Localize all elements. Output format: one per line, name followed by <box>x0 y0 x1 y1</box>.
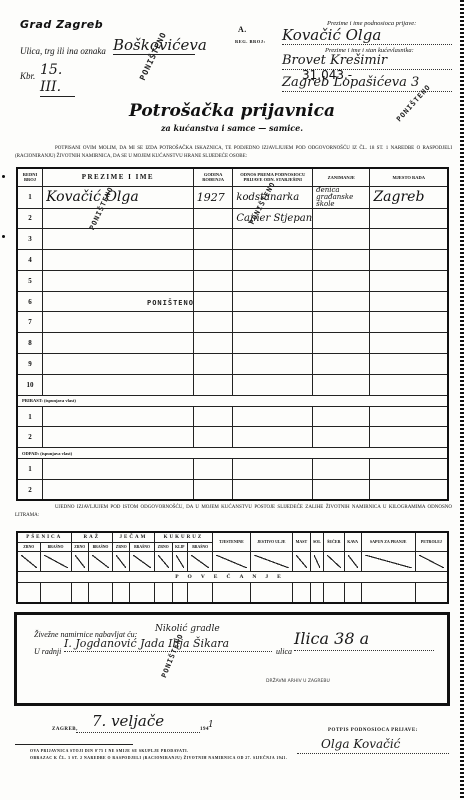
table-row: 3 <box>17 229 448 250</box>
relation-cell[interactable] <box>233 270 313 291</box>
supply-cell[interactable] <box>113 551 130 571</box>
signature-field[interactable]: Olga Kovačić <box>297 736 449 754</box>
supply-cell[interactable] <box>361 551 415 571</box>
row-number: 1 <box>17 186 43 208</box>
name-cell[interactable] <box>43 427 194 448</box>
increase-heading: POVEĆANJE <box>17 571 448 582</box>
owner-name-field[interactable]: Brovet Krešimir <box>282 52 452 70</box>
date-field[interactable]: 7. veljače <box>76 710 200 733</box>
relation-cell[interactable] <box>233 312 313 333</box>
birth-year-cell[interactable] <box>193 354 233 375</box>
row-number: 6 <box>17 291 43 312</box>
supply-cell[interactable] <box>88 551 112 571</box>
footer-regulation-note: OBRAZAC K ČL. 3 ST. 2 NAREDBE O RASPODJE… <box>30 756 287 760</box>
supply-cell[interactable] <box>154 551 172 571</box>
name-cell[interactable] <box>43 208 194 229</box>
increase-cell[interactable] <box>172 582 187 603</box>
birth-year-cell[interactable] <box>193 229 233 250</box>
row-number: 8 <box>17 333 43 354</box>
purchase-shop-box <box>14 612 450 706</box>
row-number: 5 <box>17 270 43 291</box>
workplace-cell[interactable] <box>370 333 448 354</box>
increase-cell[interactable] <box>71 582 88 603</box>
row-number: 1 <box>17 459 43 480</box>
relation-cell[interactable] <box>233 406 313 427</box>
header-lard: MAST <box>292 532 310 551</box>
place-label: ZAGREB, <box>52 727 78 732</box>
table-row: 8 <box>17 333 448 354</box>
birth-year-cell[interactable] <box>193 459 233 480</box>
workplace-cell[interactable] <box>370 406 448 427</box>
increase-cell[interactable] <box>310 582 323 603</box>
supply-cell[interactable] <box>130 551 154 571</box>
increase-cell[interactable] <box>344 582 361 603</box>
table-row: 1 Kovačić Olga 1927 kodstanarka đenica g… <box>17 186 448 208</box>
header-corn-cob: KLIP <box>172 542 187 551</box>
birth-year-cell[interactable] <box>193 291 233 312</box>
street-label: Ulica, trg ili ina oznaka <box>20 46 106 56</box>
relation-cell[interactable] <box>233 480 313 501</box>
workplace-cell[interactable]: Zagreb <box>370 186 448 208</box>
header-barley: JEČAM <box>113 532 155 542</box>
shop-name-field[interactable]: I. Jogdanović Jada Ilija Šikara <box>64 636 272 652</box>
increase-values-row <box>17 582 448 603</box>
birth-year-cell[interactable] <box>193 374 233 395</box>
workplace-cell[interactable] <box>370 229 448 250</box>
strike-through-mark <box>327 555 341 568</box>
increase-cell[interactable] <box>213 582 250 603</box>
strike-through-mark <box>365 555 412 568</box>
birth-year-cell[interactable] <box>193 427 233 448</box>
table-row: 5 <box>17 270 448 291</box>
header-rye: RAŽ <box>71 532 113 542</box>
relation-cell[interactable] <box>233 459 313 480</box>
increase-cell[interactable] <box>188 582 213 603</box>
increase-cell[interactable] <box>40 582 71 603</box>
header-name: PREZIME I IME <box>43 168 194 186</box>
table-row: 7 <box>17 312 448 333</box>
name-cell[interactable] <box>43 374 194 395</box>
supply-cell[interactable] <box>172 551 187 571</box>
supply-cell[interactable] <box>188 551 213 571</box>
occupation-cell[interactable] <box>313 480 370 501</box>
name-cell[interactable] <box>43 480 194 501</box>
supply-declaration: UJEDNO IZJAVLJUJEM POD ISTOM ODGOVORNOŠĆ… <box>15 504 452 520</box>
workplace-cell[interactable] <box>370 208 448 229</box>
occupation-cell[interactable] <box>313 312 370 333</box>
supply-cell[interactable] <box>415 551 448 571</box>
supply-cell[interactable] <box>213 551 250 571</box>
row-number: 3 <box>17 229 43 250</box>
header-rye-grain: ZRNO <box>71 542 88 551</box>
row-number: 10 <box>17 374 43 395</box>
workplace-cell[interactable] <box>370 354 448 375</box>
strike-through-mark <box>348 555 358 568</box>
occupation-cell[interactable] <box>313 374 370 395</box>
row-number: 2 <box>17 427 43 448</box>
strike-through-mark <box>216 555 246 568</box>
supply-cell[interactable] <box>250 551 292 571</box>
supply-cell[interactable] <box>17 551 40 571</box>
cancelled-stamp: PONIŠTENO <box>147 299 194 307</box>
relation-cell[interactable] <box>233 374 313 395</box>
strike-through-mark <box>92 555 109 568</box>
supply-cell[interactable] <box>323 551 344 571</box>
header-barley-flour: BRAŠNO <box>130 542 154 551</box>
increase-cell[interactable] <box>113 582 130 603</box>
occupation-cell[interactable] <box>313 427 370 448</box>
header-pasta: TJESTENINE <box>213 532 250 551</box>
table-row: 10 <box>17 374 448 395</box>
relation-cell[interactable] <box>233 291 313 312</box>
household-members-table: REDNI BROJ PREZIME I IME GODINA ROĐENJA … <box>16 167 449 501</box>
shop-street-label: ulica <box>276 647 292 656</box>
header-coffee: KAVA <box>344 532 361 551</box>
relation-cell[interactable] <box>233 427 313 448</box>
strike-through-mark <box>44 555 68 568</box>
supply-values-row <box>17 551 448 571</box>
intro-declaration: POTPISANI OVIM MOLIM, DA MI SE IZDA POTR… <box>15 145 452 161</box>
supply-cell[interactable] <box>71 551 88 571</box>
strike-through-mark <box>116 555 126 568</box>
birth-year-cell[interactable] <box>193 208 233 229</box>
signature-label: POTPIS PODNOSIOCA PRIJAVE: <box>328 728 418 733</box>
reg-number-label: REG. BROJ: <box>235 39 266 44</box>
food-supplies-table: PŠENICA RAŽ JEČAM KUKURUZ TJESTENINE JES… <box>16 531 449 604</box>
header-petroleum: PETROLEJ <box>415 532 448 551</box>
header-workplace: MJESTO RADA <box>370 168 448 186</box>
occupation-cell[interactable] <box>313 333 370 354</box>
relation-cell[interactable] <box>233 250 313 271</box>
header-birth-year: GODINA ROĐENJA <box>193 168 233 186</box>
increase-cell[interactable] <box>415 582 448 603</box>
workplace-cell[interactable] <box>370 459 448 480</box>
form-title: Potrošačka prijavnica <box>0 101 464 121</box>
strike-through-mark <box>75 555 85 568</box>
table-row: 2 Cajner Stjepan <box>17 208 448 229</box>
birth-year-cell[interactable]: 1927 <box>193 186 233 208</box>
row-number: 7 <box>17 312 43 333</box>
table-row: 2 <box>17 427 448 448</box>
occupation-cell[interactable] <box>313 354 370 375</box>
header-soap: SAPUN ZA PRANJE <box>361 532 415 551</box>
occupation-cell[interactable] <box>313 270 370 291</box>
decrease-label: ODPAD: (ispunjava vlast) <box>17 448 448 459</box>
strike-through-mark <box>314 555 320 568</box>
birth-year-cell[interactable] <box>193 406 233 427</box>
supply-cell[interactable] <box>310 551 323 571</box>
supply-cell[interactable] <box>40 551 71 571</box>
header-edible-oil: JESTIVO ULJE <box>250 532 292 551</box>
header-rye-flour: BRAŠNO <box>88 542 112 551</box>
header-corn-flour: BRAŠNO <box>188 542 213 551</box>
increase-cell[interactable] <box>130 582 154 603</box>
name-cell[interactable] <box>43 333 194 354</box>
series-letter: A. <box>238 25 247 34</box>
header-wheat: PŠENICA <box>17 532 71 542</box>
occupation-cell[interactable]: đenica građanske škole <box>313 186 370 208</box>
increase-cell[interactable] <box>88 582 112 603</box>
header-corn-grain: ZRNO <box>154 542 172 551</box>
header-corn: KUKURUZ <box>154 532 213 542</box>
scan-speck <box>2 175 5 178</box>
strike-through-mark <box>419 555 444 568</box>
table-row: 2 <box>17 480 448 501</box>
occupation-cell[interactable] <box>313 459 370 480</box>
increase-cell[interactable] <box>250 582 292 603</box>
increase-cell[interactable] <box>154 582 172 603</box>
row-number: 4 <box>17 250 43 271</box>
name-cell[interactable] <box>43 250 194 271</box>
relation-cell[interactable] <box>233 354 313 375</box>
occupation-cell[interactable] <box>313 229 370 250</box>
workplace-cell[interactable] <box>370 427 448 448</box>
increase-cell[interactable] <box>323 582 344 603</box>
strike-through-mark <box>133 555 150 568</box>
birth-year-cell[interactable] <box>193 480 233 501</box>
name-cell[interactable] <box>43 459 194 480</box>
form-subtitle: za kućanstva i samce — samice. <box>0 123 464 133</box>
strike-through-mark <box>176 555 184 568</box>
archive-stamp: DRŽAVNI ARHIV U ZAGREBU <box>266 679 330 684</box>
shop-label: U radnji <box>34 647 61 656</box>
scan-speck <box>2 235 5 238</box>
increase-cell[interactable] <box>17 582 40 603</box>
occupation-cell[interactable] <box>313 208 370 229</box>
relation-cell[interactable]: Cajner Stjepan <box>233 208 313 229</box>
city-title: Grad Zagreb <box>20 18 103 31</box>
workplace-cell[interactable] <box>370 291 448 312</box>
increase-section-header: PRIRAST: (ispunjava vlast) <box>17 395 448 406</box>
shop-note: Nikolić gradle <box>155 624 220 634</box>
workplace-cell[interactable] <box>370 480 448 501</box>
strike-through-mark <box>254 555 289 568</box>
row-number: 9 <box>17 354 43 375</box>
workplace-cell[interactable] <box>370 312 448 333</box>
workplace-cell[interactable] <box>370 250 448 271</box>
header-sugar: ŠEĆER <box>323 532 344 551</box>
increase-cell[interactable] <box>292 582 310 603</box>
supply-cell[interactable] <box>344 551 361 571</box>
occupation-cell[interactable] <box>313 291 370 312</box>
birth-year-cell[interactable] <box>193 333 233 354</box>
header-wheat-grain: ZRNO <box>17 542 40 551</box>
increase-label: PRIRAST: (ispunjava vlast) <box>17 395 448 406</box>
row-number: 2 <box>17 208 43 229</box>
workplace-cell[interactable] <box>370 374 448 395</box>
name-cell[interactable] <box>43 270 194 291</box>
name-cell[interactable] <box>43 229 194 250</box>
supply-cell[interactable] <box>292 551 310 571</box>
row-number: 1 <box>17 406 43 427</box>
header-occupation: ZANIMANJE <box>313 168 370 186</box>
header-salt: SOL <box>310 532 323 551</box>
applicant-name-field[interactable]: Kovačić Olga <box>282 26 452 45</box>
table-row: 6 <box>17 291 448 312</box>
row-number: 2 <box>17 480 43 501</box>
birth-year-cell[interactable] <box>193 270 233 291</box>
relation-cell[interactable] <box>233 229 313 250</box>
name-cell[interactable] <box>43 354 194 375</box>
occupation-cell[interactable] <box>313 250 370 271</box>
name-cell[interactable] <box>43 406 194 427</box>
decrease-section-header: ODPAD: (ispunjava vlast) <box>17 448 448 459</box>
table-row: 1 <box>17 459 448 480</box>
header-barley-grain: ZRNO <box>113 542 130 551</box>
footer-price-note: OVA PRIJAVNICA STOJI DIN 0'75 I NE SMIJE… <box>30 749 189 753</box>
strike-through-mark <box>191 555 209 568</box>
strike-through-mark <box>158 555 169 568</box>
table-row: 1 <box>17 406 448 427</box>
table-row: 9 <box>17 354 448 375</box>
birth-year-cell[interactable] <box>193 250 233 271</box>
increase-cell[interactable] <box>361 582 415 603</box>
header-wheat-flour: BRAŠNO <box>40 542 71 551</box>
house-number-label: Kbr. <box>20 71 35 81</box>
year-suffix-field[interactable]: 1 <box>208 720 214 730</box>
birth-year-cell[interactable] <box>193 312 233 333</box>
table-row: 4 <box>17 250 448 271</box>
strike-through-mark <box>21 555 37 568</box>
occupation-cell[interactable] <box>313 406 370 427</box>
name-cell[interactable] <box>43 312 194 333</box>
footer-divider <box>15 744 133 745</box>
strike-through-mark <box>296 555 307 568</box>
shop-street-field[interactable]: Ilica 38 a <box>294 628 434 651</box>
workplace-cell[interactable] <box>370 270 448 291</box>
header-row-number: REDNI BROJ <box>17 168 43 186</box>
relation-cell[interactable] <box>233 333 313 354</box>
house-number-field[interactable]: 15. III. <box>40 62 75 97</box>
name-cell[interactable]: Kovačić Olga <box>43 186 194 208</box>
